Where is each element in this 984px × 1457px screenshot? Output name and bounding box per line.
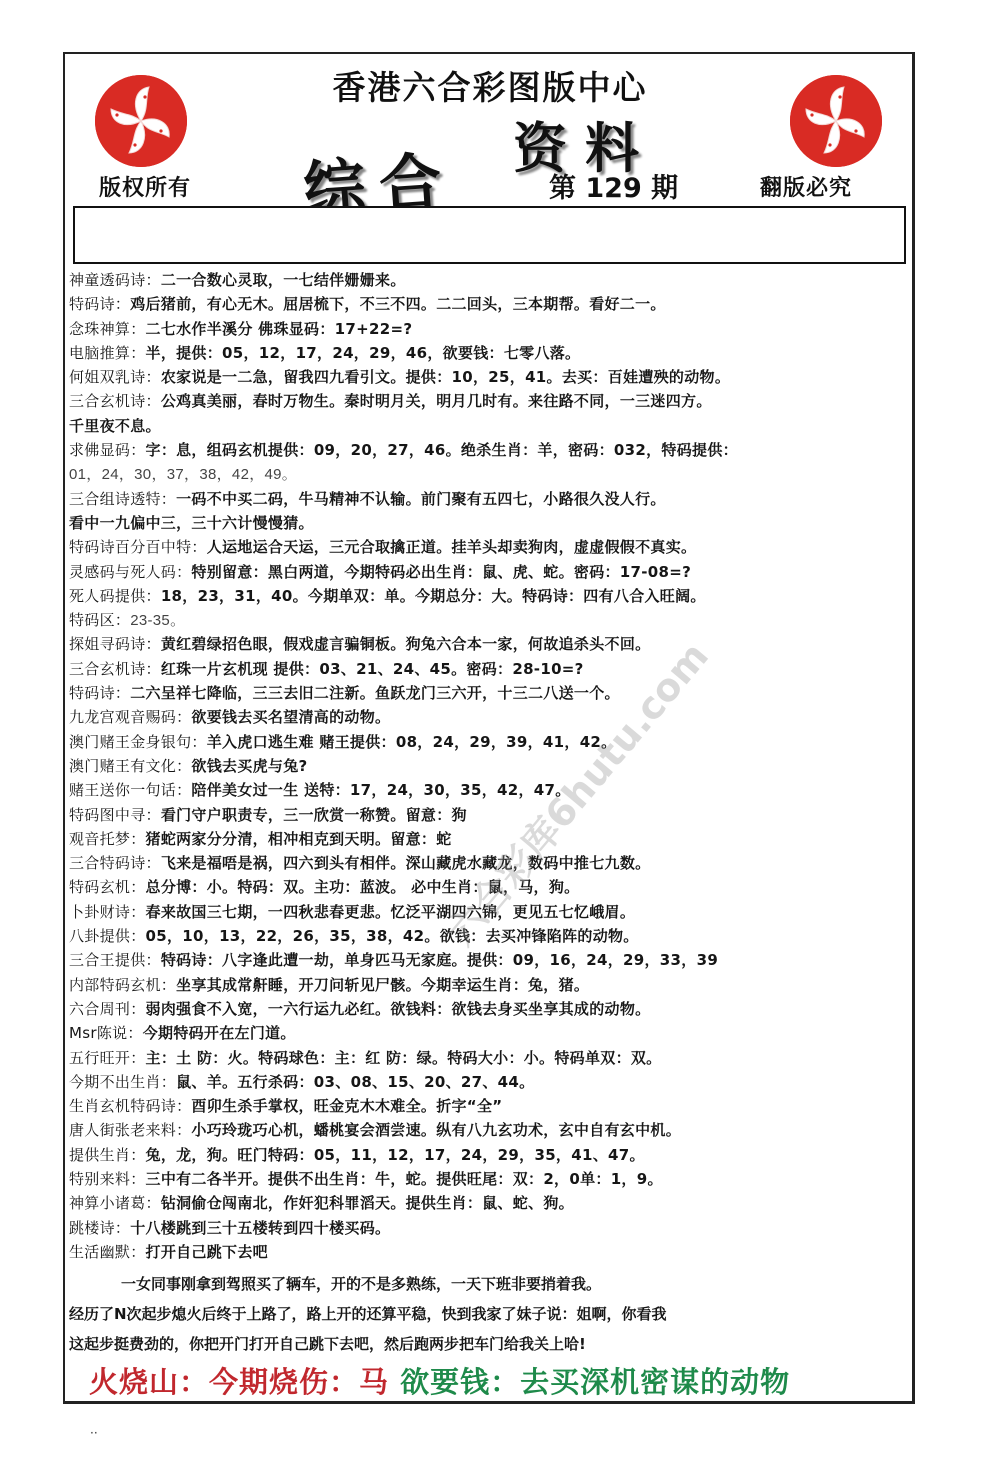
- bauhinia-flower-icon: [790, 75, 882, 167]
- story-line: 一女同事刚拿到驾照买了辆车，开的不是多熟练，一天下班非要捎着我。: [69, 1269, 911, 1299]
- no-reprint-label: 翻版必究: [760, 171, 852, 202]
- list-item: 何姐双乳诗：农家说是一二急，留我四九看引文。提供：10，25，41。去买：百娃遭…: [69, 365, 911, 389]
- list-item: 卜卦财诗：春来故国三七期，一四秋悲春更悲。忆泛平湖四六锦，更见五七忆峨眉。: [69, 900, 911, 924]
- list-item: 跳楼诗：十八楼跳到三十五楼转到四十楼买码。: [69, 1216, 911, 1240]
- list-item: 特别来料：三中有二各半开。提供不出生肖：牛，蛇。提供旺尾：双：2，0单：1，9。: [69, 1167, 911, 1191]
- tips-list: 神童透码诗：二一合数心灵取，一七结伴姗姗来。 特码诗：鸡后猪前，有心无木。屈居梳…: [69, 268, 911, 1264]
- list-item: 电脑推算：半，提供：05，12，17，24，29，46，欲要钱：七零八落。: [69, 341, 911, 365]
- list-item: 唐人街张老来料：小巧玲珑巧心机，蟠桃宴会酒尝速。纵有八九玄功术，玄中自有玄中机。: [69, 1118, 911, 1142]
- list-item: 今期不出生肖：鼠、羊。五行杀码：03、08、15、20、27、44。: [69, 1070, 911, 1094]
- list-item: 灵感码与死人码：特别留意：黑白两道，今期特码必出生肖：鼠、虎、蛇。密码：17-0…: [69, 560, 911, 584]
- list-item: 特码玄机：总分博：小。特码：双。主功：蓝波。 必中生肖：鼠，马，狗。: [69, 875, 911, 899]
- list-item: 特码诗：二六呈祥七降临，三三去旧二注新。鱼跃龙门三六开，十三二八送一个。: [69, 681, 911, 705]
- list-item: 三合王提供：特码诗：八字逢此遭一劫，单身匹马无家庭。提供：09，16，24，29…: [69, 948, 911, 972]
- copyright-label: 版权所有: [99, 171, 191, 202]
- list-item: 提供生肖：兔，龙，狗。旺门特码：05，11，12，17，24，29，35，41、…: [69, 1143, 911, 1167]
- story-line: 经历了N次起步熄火后终于上路了，路上开的还算平稳，快到我家了妹子说：姐啊，你看我: [69, 1299, 911, 1329]
- list-item: 澳门赌王金身银句：羊入虎口逃生难 赌王提供：08，24，29，39，41，42。: [69, 730, 911, 754]
- list-item: 三合玄机诗：红珠一片玄机现 提供：03、21、24、45。密码：28-10=?: [69, 657, 911, 681]
- list-item: 特码诗百分百中特：人运地运合天运，三元合取擒正道。挂羊头却卖狗肉，虚虚假假不真实…: [69, 535, 911, 559]
- list-item: 五行旺开：主：土 防：火。特码球色：主：红 防：绿。特码大小：小。特码单双：双。: [69, 1046, 911, 1070]
- blank-header-box: [73, 206, 906, 264]
- list-item: 神算小诸葛：钻洞偷仓闯南北，作奸犯科罪滔天。提供生肖：鼠、蛇、狗。: [69, 1191, 911, 1215]
- publisher-title: 香港六合彩图版中心: [255, 62, 725, 109]
- banner-red-text: 火烧山：今期烧伤：马: [89, 1365, 389, 1399]
- list-item: 看中一九偏中三，三十六计慢慢猜。: [69, 511, 911, 535]
- humor-story: 一女同事刚拿到驾照买了辆车，开的不是多熟练，一天下班非要捎着我。 经历了N次起步…: [69, 1269, 911, 1359]
- list-item: 六合周刊：弱肉强食不入宽，一六行运九必红。欲钱料：欲钱去身买坐享其成的动物。: [69, 997, 911, 1021]
- list-item: 观音托梦：猪蛇两家分分清，相冲相克到天明。留意：蛇: [69, 827, 911, 851]
- footer-dots: ··: [90, 1426, 98, 1440]
- list-item: 特码图中寻：看门守户职责专，三一欣赏一称赞。留意：狗: [69, 803, 911, 827]
- list-item: 生活幽默：打开自己跳下去吧: [69, 1240, 911, 1264]
- list-item: 死人码提供：18，23，31，40。今期单双：单。今期总分：大。特码诗：四有八合…: [69, 584, 911, 608]
- list-item: 特码诗：鸡后猪前，有心无木。屈居梳下，不三不四。二二回头，三本期帮。看好二一。: [69, 292, 911, 316]
- list-item: 三合特码诗：飞来是福唔是祸，四六到头有相伴。深山藏虎水藏龙，数码中推七九数。: [69, 851, 911, 875]
- list-item: 内部特码玄机：坐享其成常鼾睡，开刀问斩见尸骸。今期幸运生肖：兔，猪。: [69, 973, 911, 997]
- list-item: 探姐寻码诗：黄红碧绿招色眼，假戏虚言骗铜板。狗兔六合本一家，何故追杀头不回。: [69, 632, 911, 656]
- list-item: 九龙宫观音赐码：欲要钱去买名望清高的动物。: [69, 705, 911, 729]
- bottom-banner: 火烧山：今期烧伤：马 欲要钱：去买深机密谋的动物: [89, 1360, 790, 1401]
- list-item: 三合组诗透特：一码不中买二码，牛马精神不认输。前门聚有五四七，小路很久没人行。: [69, 487, 911, 511]
- bauhinia-flower-icon: [95, 75, 187, 167]
- list-item: 八卦提供：05，10，13，22，26，35，38，42。欲钱：去买冲锋陷阵的动…: [69, 924, 911, 948]
- list-item: 赌王送你一句话：陪伴美女过一生 送特：17，24，30，35，42，47。: [69, 778, 911, 802]
- list-item: 千里夜不息。: [69, 414, 911, 438]
- list-item: 神童透码诗：二一合数心灵取，一七结伴姗姗来。: [69, 268, 911, 292]
- banner-green-text: 欲要钱：去买深机密谋的动物: [400, 1365, 790, 1399]
- list-item: Msr陈说：今期特码开在左门道。: [69, 1021, 911, 1045]
- list-item: 01，24，30，37，38，42，49。: [69, 462, 911, 486]
- document-frame: 香港六合彩图版中心 综合 资料 第 129 期 版权所有 翻版必究 神童透码诗：…: [63, 52, 915, 1404]
- list-item: 澳门赌王有文化：欲钱去买虎与兔?: [69, 754, 911, 778]
- list-item: 念珠神算：二七水作半溪分 佛珠显码：17+22=?: [69, 317, 911, 341]
- issue-number: 第 129 期: [549, 166, 678, 205]
- list-item: 生肖玄机特码诗：酉卯生杀手掌权，旺金克木木难全。折字“全”: [69, 1094, 911, 1118]
- list-item: 特码区：23-35。: [69, 608, 911, 632]
- story-line: 这起步挺费劲的，你把开门打开自己跳下去吧，然后跑两步把车门给我关上哈!: [69, 1329, 911, 1359]
- list-item: 三合玄机诗：公鸡真美丽，春时万物生。秦时明月关，明月几时有。来往路不同，一三迷四…: [69, 389, 911, 413]
- list-item: 求佛显码：字：息，组码玄机提供：09，20，27，46。绝杀生肖：羊，密码：03…: [69, 438, 911, 462]
